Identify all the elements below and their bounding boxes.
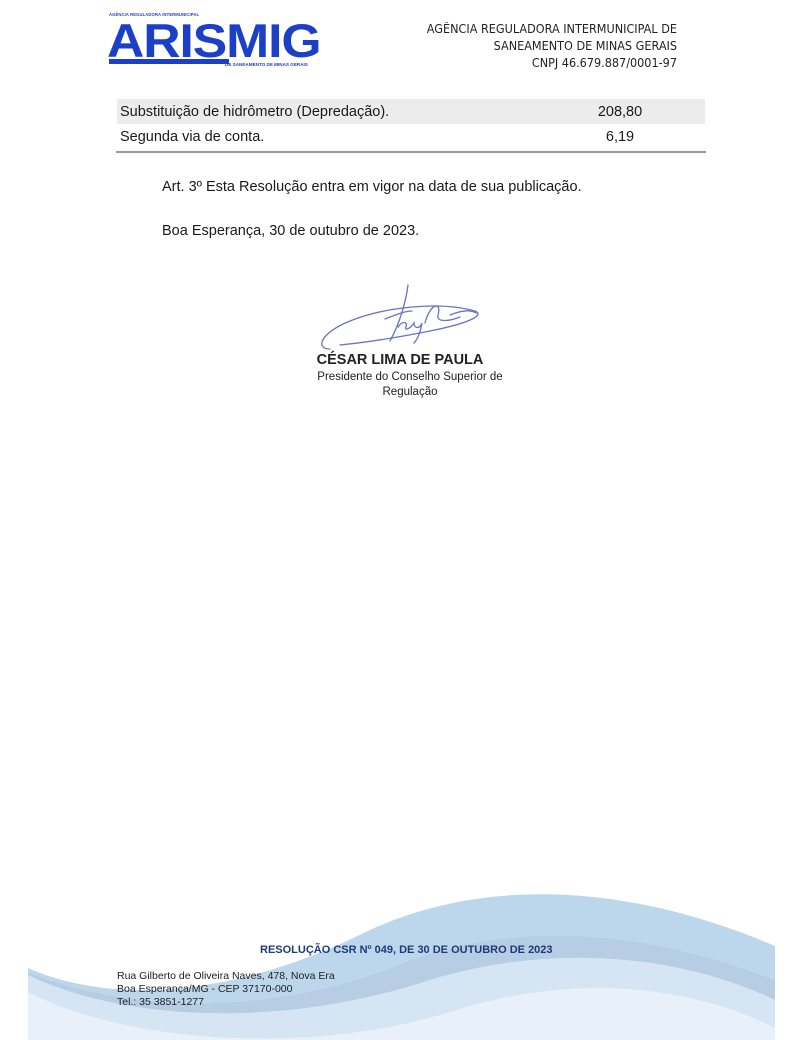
article-3: Art. 3º Esta Resolução entra em vigor na… — [162, 179, 582, 195]
table-bottom-rule — [116, 151, 706, 153]
footer-wave-decoration — [0, 880, 806, 1040]
signatory-role-line2: Regulação — [260, 385, 560, 400]
logo-underline — [109, 59, 229, 64]
footer-address-phone: Tel.: 35 3851-1277 — [117, 996, 335, 1009]
fee-description: Segunda via de conta. — [117, 129, 560, 145]
fee-value: 6,19 — [560, 129, 680, 145]
signatory-role-line1: Presidente do Conselho Superior de — [260, 370, 560, 385]
signature-icon — [310, 283, 490, 353]
footer-resolution-title: RESOLUÇÃO CSR Nº 049, DE 30 DE OUTUBRO D… — [260, 944, 553, 956]
table-row: Substituição de hidrômetro (Depredação).… — [117, 99, 705, 124]
footer-address: Rua Gilberto de Oliveira Naves, 478, Nov… — [117, 970, 335, 1009]
agency-name-line2: SANEAMENTO DE MINAS GERAIS — [427, 37, 677, 54]
footer-address-city: Boa Esperança/MG - CEP 37170-000 — [117, 983, 335, 996]
arismig-logo: AGÊNCIA REGULADORA INTERMUNICIPAL ARISMI… — [107, 12, 321, 70]
table-row: Segunda via de conta. 6,19 — [117, 124, 705, 149]
signatory-name: CÉSAR LIMA DE PAULA — [250, 352, 550, 368]
agency-name-line1: AGÊNCIA REGULADORA INTERMUNICIPAL DE — [427, 20, 677, 37]
place-date: Boa Esperança, 30 de outubro de 2023. — [162, 223, 419, 239]
logo-tagline-bottom: DE SANEAMENTO DE MINAS GERAIS — [225, 62, 308, 67]
fee-description: Substituição de hidrômetro (Depredação). — [117, 104, 560, 120]
agency-cnpj: CNPJ 46.679.887/0001-97 — [427, 54, 677, 71]
agency-info: AGÊNCIA REGULADORA INTERMUNICIPAL DE SAN… — [427, 20, 677, 71]
fee-table: Substituição de hidrômetro (Depredação).… — [117, 99, 705, 149]
footer-address-street: Rua Gilberto de Oliveira Naves, 478, Nov… — [117, 970, 335, 983]
fee-value: 208,80 — [560, 104, 680, 120]
signatory-role: Presidente do Conselho Superior de Regul… — [260, 370, 560, 400]
